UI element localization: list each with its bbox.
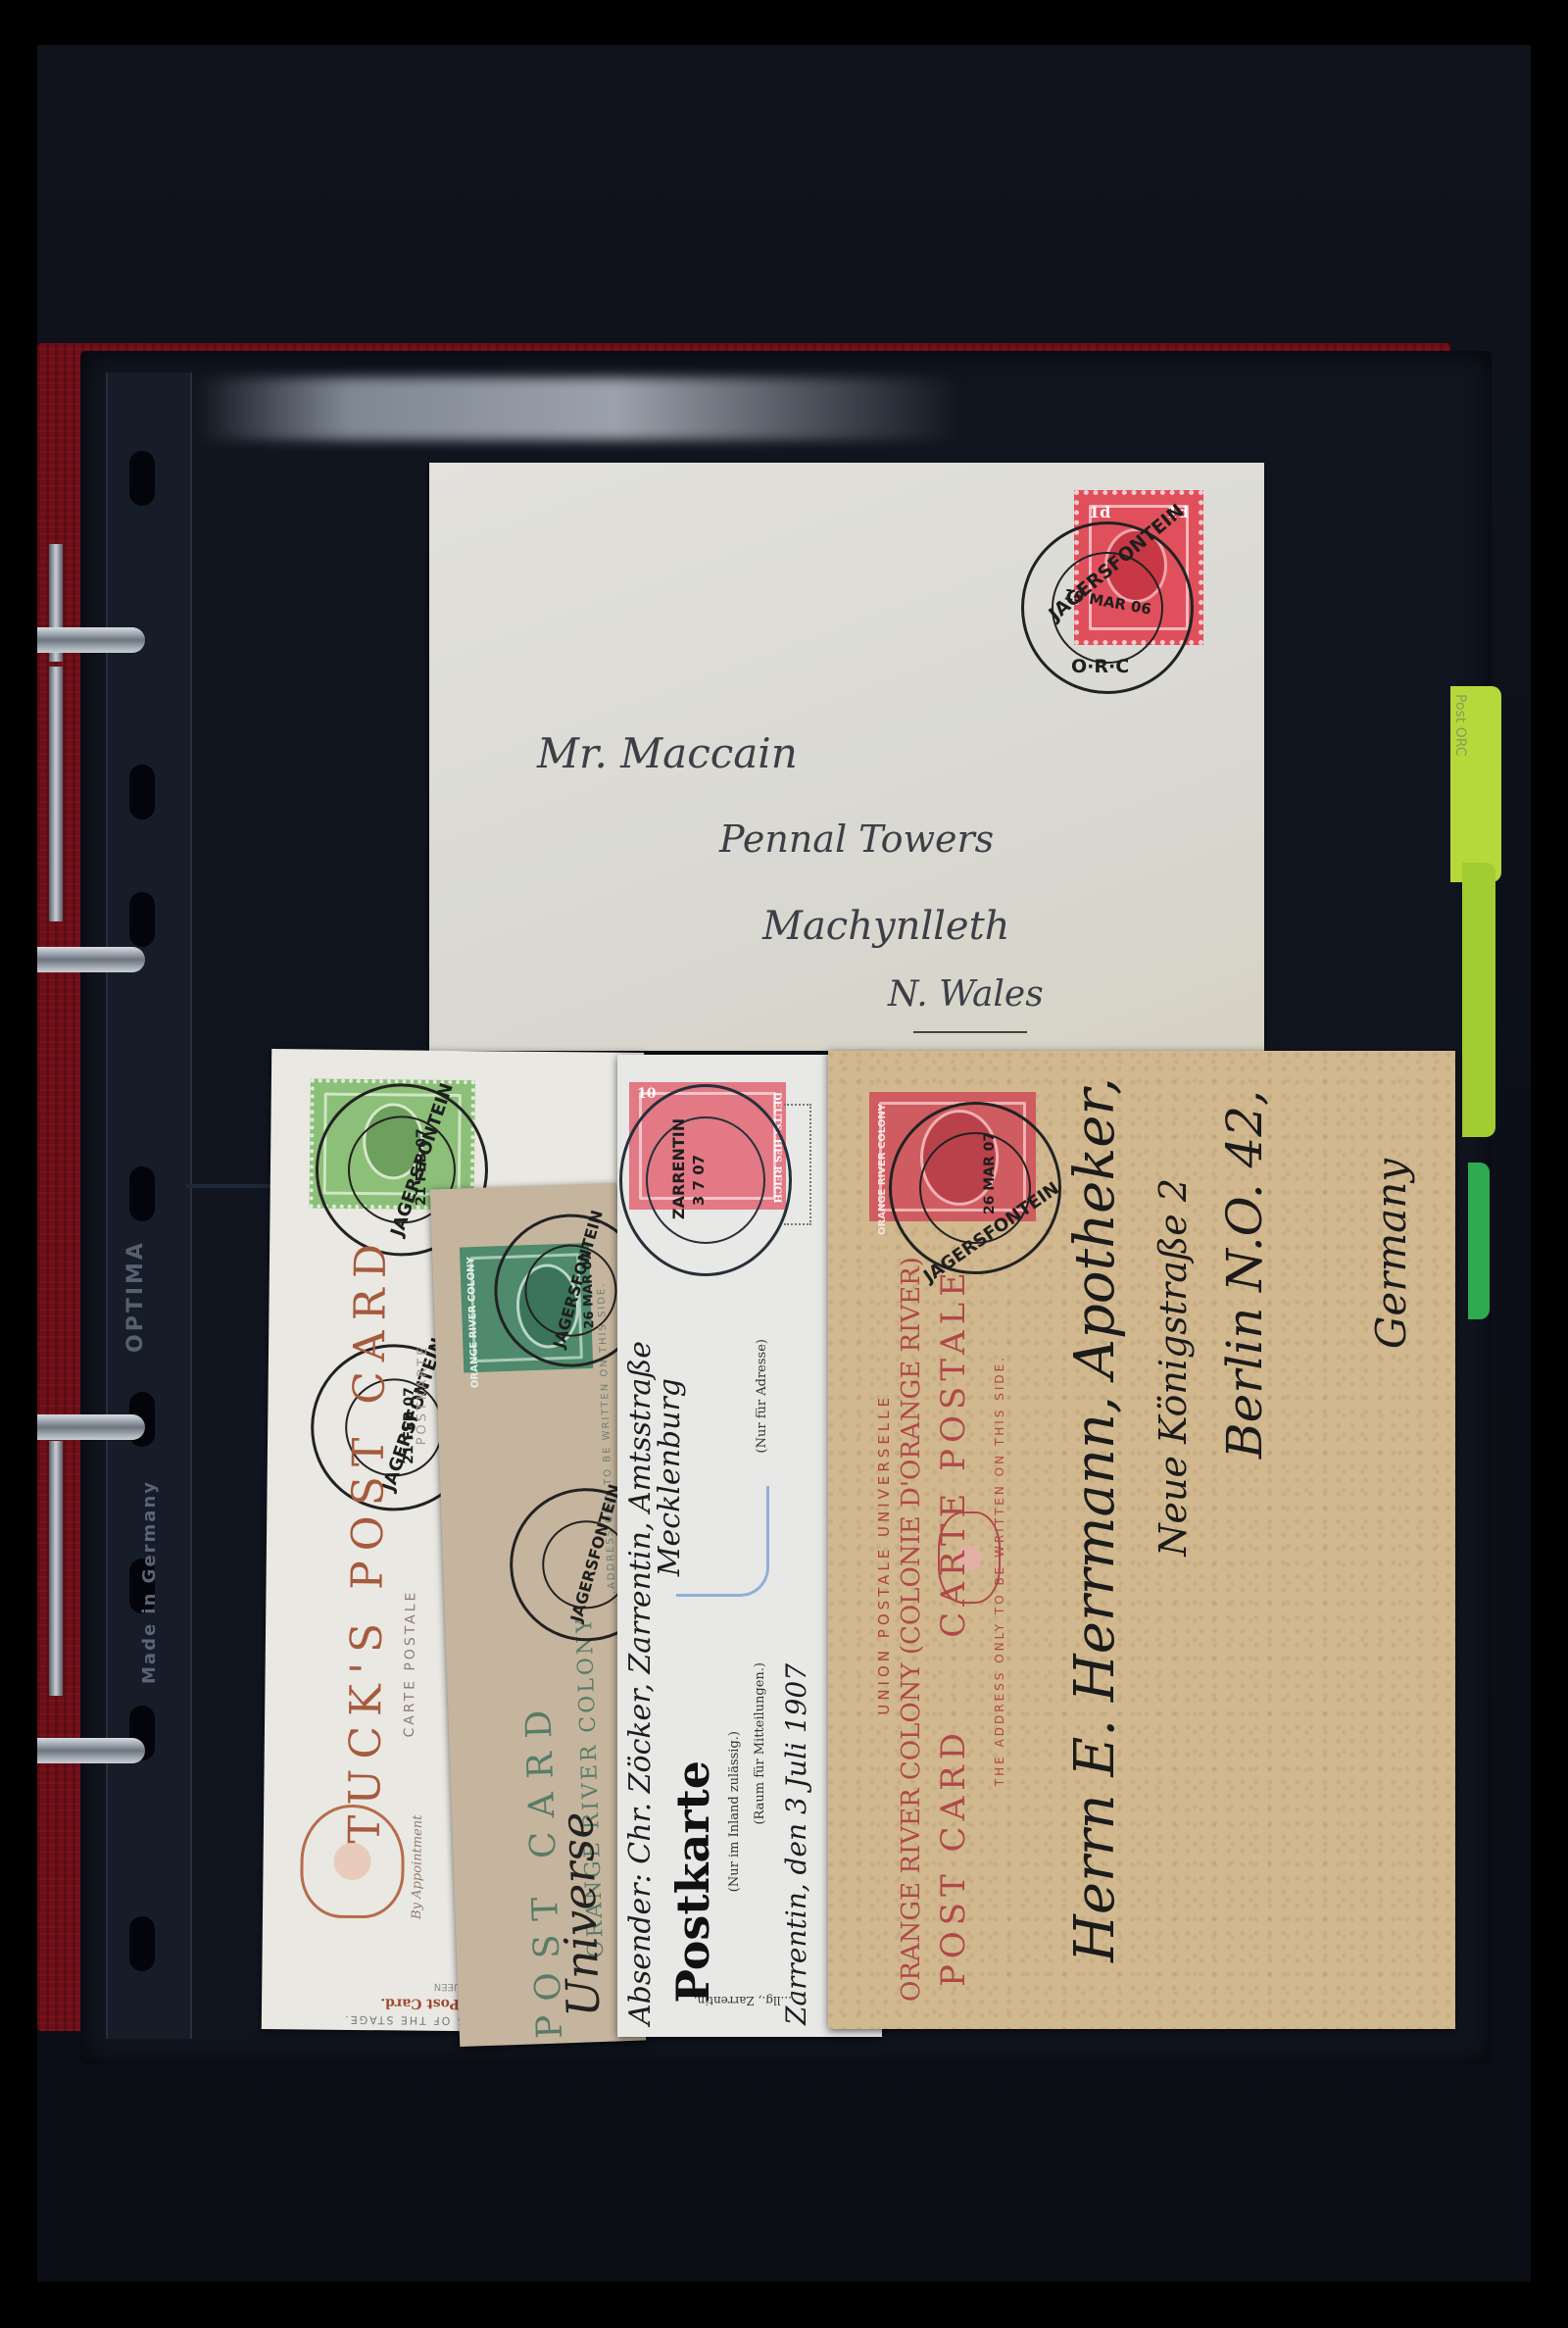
punch-hole: [129, 451, 155, 506]
binder-ring[interactable]: [37, 1414, 145, 1440]
orc-halfpenny-card[interactable]: ORANGE RIVER COLONY JAGERSFONTEIN 26 MAR…: [430, 1183, 646, 2047]
index-tab[interactable]: [1462, 863, 1495, 1137]
binder-ring[interactable]: [37, 947, 145, 972]
upu-header: UNION POSTALE UNIVERSELLE: [875, 1394, 893, 1715]
sender-line-2: Mecklenburg: [653, 1378, 687, 1576]
address-line: Machynlleth: [762, 904, 1009, 949]
postmark-date: 26 MAR 07: [982, 1132, 998, 1214]
envelope-cover[interactable]: 1d 1d JAGERSFONTEIN 19 MAR 06 O·R·C Mr. …: [429, 463, 1264, 1051]
address-line: N. Wales: [888, 974, 1044, 1015]
album-imprint: Made in Germany: [139, 1480, 160, 1684]
ring-post: [49, 667, 63, 921]
address-line: Germany: [1367, 1159, 1415, 1349]
ring-post: [49, 1441, 63, 1696]
index-tab-label: Post ORC: [1450, 686, 1470, 765]
address-line: Mr. Maccain: [537, 729, 798, 777]
blue-pencil-mark: [676, 1486, 769, 1597]
royal-coat-of-arms-icon: [300, 1804, 405, 1918]
handwritten-address: Universe: [550, 1811, 610, 2018]
sheet-glare: [196, 377, 960, 440]
punch-hole: [129, 1166, 155, 1221]
by-appointment: By Appointment: [410, 1815, 425, 1919]
binder-ring[interactable]: [37, 1738, 145, 1763]
address-underline: [913, 1031, 1027, 1033]
postmark-date: 3 7 07: [690, 1155, 708, 1206]
card-title: Postkarte: [666, 1760, 719, 2004]
address-line: Herrn E. Herrmann, Apotheker,: [1063, 1051, 1127, 1962]
address-instruction: THE ADDRESS ONLY TO BE WRITTEN ON THIS S…: [993, 1355, 1006, 1786]
punch-hole: [129, 892, 155, 947]
postmark-date: 26 MAR 07: [580, 1252, 598, 1329]
album-brand: OPTIMA: [123, 1215, 163, 1353]
address-line: Berlin N.O. 42,: [1216, 1090, 1273, 1459]
date-line: Zarrentin, den 3 Juli 1907: [780, 1564, 812, 2025]
address-note: (Nur für Adresse): [755, 1339, 769, 1453]
punch-hole: [129, 765, 155, 819]
stamp-value: 10: [637, 1086, 656, 1102]
postmark-zarrentin: ZARRENTIN 3 7 07: [619, 1084, 792, 1276]
address-line: Neue Königstraße 2: [1151, 1178, 1195, 1557]
orc-postcard-to-berlin[interactable]: ORANGE RIVER COLONY JAGERSFONTEIN 26 MAR…: [828, 1051, 1455, 2029]
message-note: (Raum für Mitteilungen.): [753, 1662, 767, 1825]
carte-postale-title: CARTE POSTALE: [934, 1266, 973, 1638]
postkarte-label: POSTKARTE: [415, 1345, 430, 1446]
index-tab[interactable]: [1468, 1163, 1490, 1319]
stamp-inscription: ORANGE RIVER COLONY: [877, 1104, 888, 1235]
postmark-town: ZARRENTIN: [669, 1118, 688, 1219]
printer-imprint: ...llg., Zarrentin.: [694, 1994, 792, 2007]
binder-ring[interactable]: [37, 627, 145, 653]
inland-note: (Nur im Inland zulässig.): [727, 1731, 742, 1892]
postmark-jagersfontein: JAGERSFONTEIN 19 MAR 06 O·R·C: [1021, 521, 1194, 694]
punch-hole: [129, 1916, 155, 1971]
card-subtitle: CARTE POSTALE: [402, 1589, 419, 1737]
postmark-region: O·R·C: [1071, 656, 1129, 677]
post-card-title: POST CARD: [934, 1727, 973, 1987]
address-line: Pennal Towers: [719, 817, 994, 861]
card-title: TUCK'S POST CARD: [340, 1295, 396, 1845]
index-tab[interactable]: Post ORC: [1450, 686, 1501, 882]
colony-line: ORANGE RIVER COLONY (COLONIE D'ORANGE RI…: [897, 1247, 926, 2002]
postmark-date: 21 FEB 07: [414, 1128, 430, 1206]
stamp-value: 1d: [1089, 503, 1110, 521]
